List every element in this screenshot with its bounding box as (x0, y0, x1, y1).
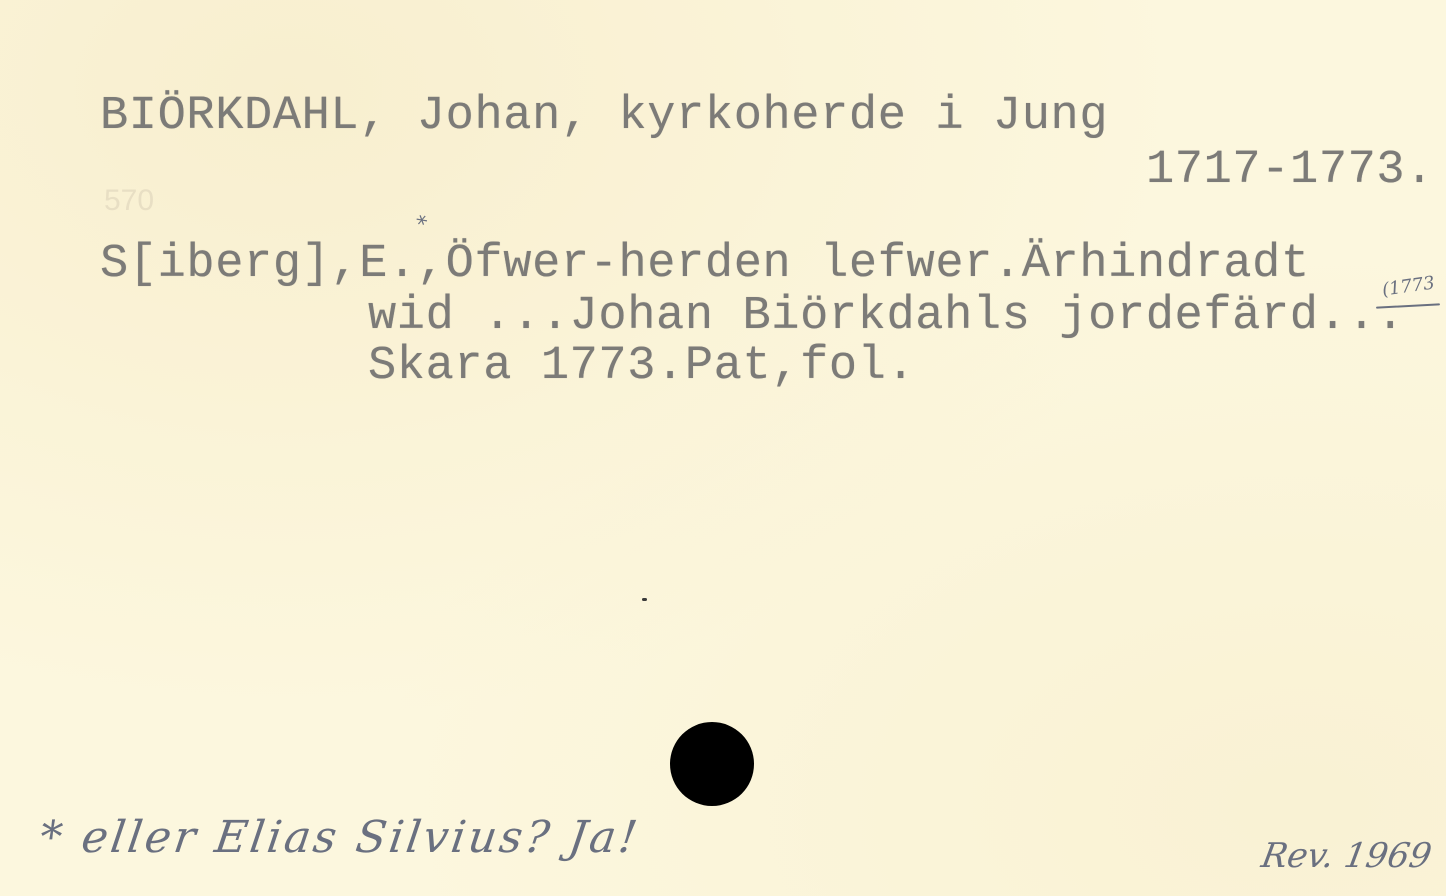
citation-line-3: Skara 1773.Pat,fol. (368, 342, 915, 392)
citation-title-start: ,E.,Öfwer-herden lefwer.Ärhindradt (330, 238, 1309, 291)
heading-name-line: BIÖRKDAHL, Johan, kyrkoherde i Jung (100, 92, 1108, 142)
citation-line-1: S[iberg],E.,Öfwer-herden lefwer.Ärhindra… (100, 240, 1310, 290)
punch-hole (670, 722, 754, 806)
faded-stamp: 570 (104, 184, 154, 218)
catalog-card: 570 BIÖRKDAHL, Johan, kyrkoherde i Jung … (0, 0, 1446, 896)
margin-year-annotation: (1773 (1381, 272, 1436, 300)
citation-author: S[iberg] (100, 238, 330, 291)
paper-speck (642, 598, 647, 601)
heading-dates: 1717-1773. (1146, 146, 1434, 196)
handwritten-note: * eller Elias Silvius? Ja! (36, 812, 643, 863)
asterisk-annotation: * (414, 211, 433, 238)
citation-line-2: wid ...Johan Biörkdahls jordefärd... (368, 292, 1405, 342)
revision-note: Rev. 1969 (1258, 836, 1434, 876)
